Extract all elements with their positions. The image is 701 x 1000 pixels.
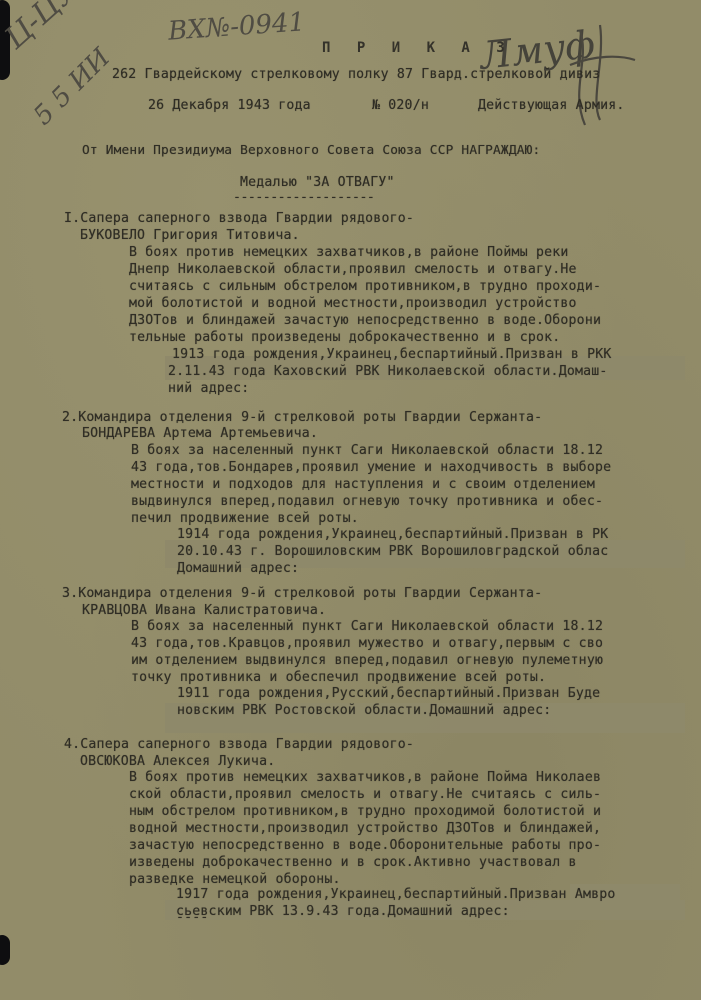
citation-line: выдвинулся вперед,подавил огневую точку … xyxy=(131,494,603,510)
bio-line: 1914 года рождения,Украинец,беспартийный… xyxy=(177,527,608,543)
binder-hole-bottom xyxy=(0,935,10,965)
recipient-name: КРАВЦОВА Ивана Калистратовича. xyxy=(82,603,326,619)
bio-line: новским РВК Ростовской области.Домашний … xyxy=(177,703,551,719)
citation-line: В боях за населенный пункт Саги Николаев… xyxy=(131,443,603,459)
handwritten-note: Ц-ЦУ-1ф xyxy=(0,0,123,56)
document-title: П Р И К А З xyxy=(322,40,514,56)
citation-line: ской области,проявил смелость и отвагу.Н… xyxy=(129,787,601,803)
citation-line: точку противника и обеспечил продвижение… xyxy=(131,670,546,686)
unit-line: 262 Гвардейскому стрелковому полку 87 Гв… xyxy=(112,67,600,83)
bio-line: 2.11.43 года Каховский РВК Николаевской … xyxy=(168,364,608,380)
bio-line: 20.10.43 г. Ворошиловским РВК Ворошиловг… xyxy=(177,544,608,560)
order-number: № 020/н xyxy=(372,98,429,114)
citation-line: зачастую непосредственно в воде.Оборонит… xyxy=(129,838,601,854)
entry-heading: 4.Сапера саперного взвода Гвардии рядово… xyxy=(64,737,414,753)
citation-line: 43 года,тов.Бондарев,проявил умение и на… xyxy=(131,460,611,476)
citation-line: разведке немецкой обороны. xyxy=(129,872,341,888)
bio-line: сьевским РВК 13.9.43 года.Домашний адрес… xyxy=(176,904,510,920)
citation-line: изведены доброкачественно и в срок.Актив… xyxy=(129,855,577,871)
citation-line: водной местности,производил устройство Д… xyxy=(129,821,601,837)
entry-heading: 2.Командира отделения 9-й стрелковой рот… xyxy=(62,410,542,426)
document-page: Ц-ЦУ-1ф 5 5 ИИ ВХ№-0941 Лмуф П Р И К А З… xyxy=(0,0,701,1000)
award-intro: От Имени Президиума Верховного Совета Со… xyxy=(82,143,540,159)
citation-line: печил продвижение всей роты. xyxy=(131,511,359,527)
citation-line: В боях против немецких захватчиков,в рай… xyxy=(129,245,569,261)
bio-line: ний адрес: xyxy=(168,381,249,397)
entry-heading: 3.Командира отделения 9-й стрелковой рот… xyxy=(62,586,542,602)
medal-underline: ------------------- xyxy=(233,190,374,206)
citation-line: Днепр Николаевской области,проявил смело… xyxy=(129,262,577,278)
bio-line: Домашний адрес: xyxy=(177,561,299,577)
recipient-name: ОВСЮКОВА Алексея Лукича. xyxy=(80,754,275,770)
order-date: 26 Декабря 1943 года xyxy=(148,98,311,114)
citation-line: ным обстрелом противником,в трудно прохо… xyxy=(129,804,601,820)
citation-line: считаясь с сильным обстрелом противником… xyxy=(129,279,601,295)
bio-line: 1911 года рождения,Русский,беспартийный.… xyxy=(177,686,600,702)
order-place: Действующая Армия. xyxy=(478,98,625,114)
handwritten-reference-number: ВХ№-0941 xyxy=(167,7,306,46)
citation-line: местности и подходов для наступления и с… xyxy=(131,477,595,493)
medal-name: Медалью "ЗА ОТВАГУ" xyxy=(240,175,395,191)
bio-line: 1913 года рождения,Украинец,беспартийный… xyxy=(172,347,612,363)
citation-line: тельные работы произведены доброкачестве… xyxy=(129,330,560,346)
citation-line: 43 года,тов.Кравцов,проявил мужество и о… xyxy=(131,636,603,652)
citation-line: В боях против немецких захватчиков,в рай… xyxy=(129,770,601,786)
citation-line: мой болотистой и водной местности,произв… xyxy=(129,296,577,312)
citation-line: ДЗОТов и блиндажей зачастую непосредстве… xyxy=(129,313,601,329)
handwritten-note: 5 5 ИИ xyxy=(28,43,116,131)
recipient-name: БОНДАРЕВА Артема Артемьевича. xyxy=(82,426,318,442)
trailing-dashes: ---- xyxy=(176,910,209,926)
recipient-name: БУКОВЕЛО Григория Титовича. xyxy=(80,228,300,244)
bio-line: 1917 года рождения,Украинец,беспартийный… xyxy=(176,887,616,903)
citation-line: В боях за населенный пункт Саги Николаев… xyxy=(131,619,603,635)
citation-line: им отделением выдвинулся вперед,подавил … xyxy=(131,653,603,669)
entry-heading: I.Сапера саперного взвода Гвардии рядово… xyxy=(64,211,414,227)
